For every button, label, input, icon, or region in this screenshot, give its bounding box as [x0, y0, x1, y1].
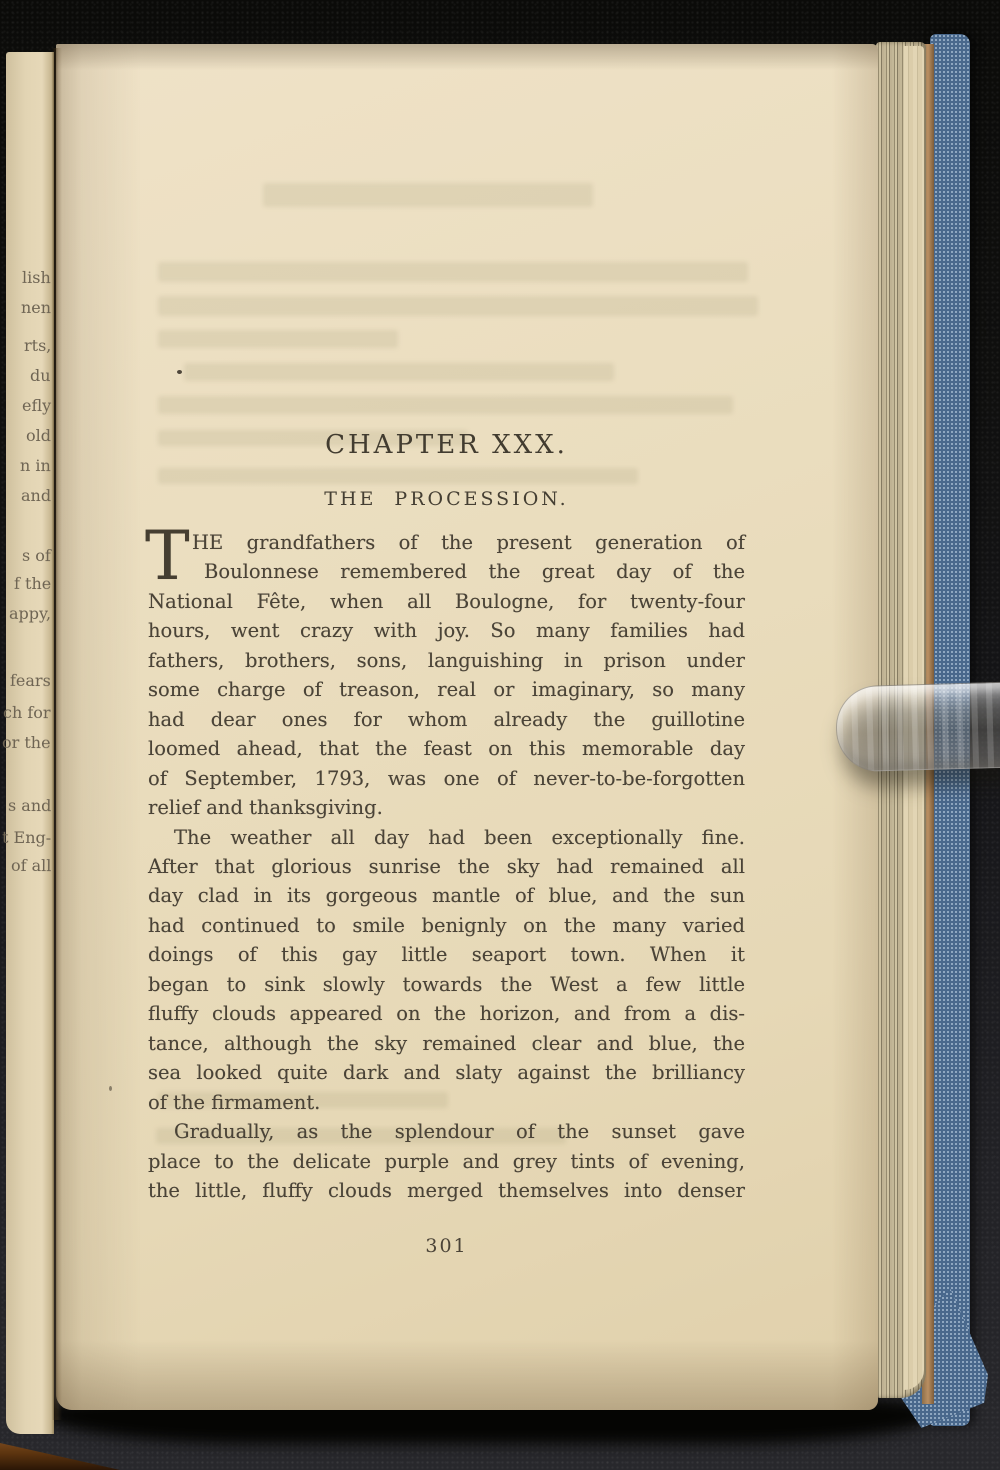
text-line: of September, 1793, was one of never-to-…: [148, 764, 745, 793]
show-through-line: [158, 396, 733, 414]
text-line: Boulonnese remembered the great day of t…: [148, 557, 745, 586]
facing-page-text-fragment: s of: [22, 548, 51, 564]
facing-page-text-fragment: lish: [22, 270, 51, 286]
drop-cap: T: [145, 523, 190, 590]
text-line: the little, fluffy clouds merged themsel…: [148, 1176, 745, 1205]
section-title: THE PROCESSION.: [148, 488, 745, 510]
transparent-page-holder[interactable]: [835, 682, 1000, 773]
facing-page-text-fragment: old: [26, 428, 51, 444]
text-line: of the firmament.: [148, 1088, 745, 1117]
text-line: National Fête, when all Boulogne, for tw…: [148, 587, 745, 616]
body-text: T HE grandfathers of the present generat…: [148, 528, 745, 1205]
facing-page-text-fragment: ch for: [3, 705, 51, 721]
facing-page-text-fragment: or the: [2, 735, 51, 751]
facing-page-text-fragment: s and: [8, 798, 52, 814]
dust-speck: [177, 370, 182, 374]
facing-page-text-fragment: n in: [20, 458, 51, 474]
show-through-line: [263, 183, 593, 207]
text-line: doings of this gay little seaport town. …: [148, 940, 745, 969]
facing-page-text-fragment: nen: [21, 300, 51, 316]
text-line: After that glorious sunrise the sky had …: [148, 852, 745, 881]
text-line: place to the delicate purple and grey ti…: [148, 1147, 745, 1176]
gutter-crease: [52, 48, 62, 1420]
facing-page-text-fragment: du: [30, 368, 51, 384]
text-line: day clad in its gorgeous mantle of blue,…: [148, 881, 745, 910]
facing-page-text-fragment: and: [21, 488, 51, 504]
facing-page-text-fragment: fears: [10, 673, 51, 689]
text-line: had dear ones for whom already the guill…: [148, 705, 745, 734]
text-line: had continued to smile benignly on the m…: [148, 911, 745, 940]
text-line: tance, although the sky remained clear a…: [148, 1029, 745, 1058]
text-line: fathers, brothers, sons, languishing in …: [148, 646, 745, 675]
show-through-line: [158, 296, 758, 316]
text-line: fluffy clouds appeared on the horizon, a…: [148, 999, 745, 1028]
facing-page-text-fragment: of all: [11, 858, 52, 874]
dust-speck: [109, 1086, 112, 1091]
text-line: began to sink slowly towards the West a …: [148, 970, 745, 999]
text-line: sea looked quite dark and slaty against …: [148, 1058, 745, 1087]
show-through-line: [158, 330, 398, 348]
book-page: CHAPTER XXX. THE PROCESSION. T HE grandf…: [56, 44, 878, 1410]
text-line: loomed ahead, that the feast on this mem…: [148, 734, 745, 763]
show-through-line: [184, 363, 614, 381]
text-line: hours, went crazy with joy. So many fami…: [148, 616, 745, 645]
show-through-line: [158, 262, 748, 282]
facing-page-text-fragment: rts,: [24, 338, 51, 354]
facing-page-sliver: lishnenrts,dueflyoldn inands off theappy…: [6, 52, 54, 1434]
text-line: some charge of treason, real or imaginar…: [148, 675, 745, 704]
page-number: 301: [148, 1235, 745, 1257]
facing-page-text-fragment: f the: [14, 576, 51, 592]
facing-page-text-fragment: efly: [22, 398, 51, 414]
facing-page-text-fragment: t Eng-: [2, 830, 51, 846]
table-edge: [0, 1440, 120, 1470]
show-through-line: [158, 468, 638, 484]
text-line: Gradually, as the splendour of the sunse…: [148, 1117, 745, 1146]
text-line: The weather all day had been exceptional…: [148, 823, 745, 852]
chapter-heading: CHAPTER XXX.: [148, 430, 745, 460]
facing-page-text-fragment: appy,: [9, 606, 51, 622]
book-photo: lishnenrts,dueflyoldn inands off theappy…: [0, 0, 1000, 1470]
text-line: relief and thanksgiving.: [148, 793, 745, 822]
text-line: HE grandfathers of the present generatio…: [148, 528, 745, 557]
